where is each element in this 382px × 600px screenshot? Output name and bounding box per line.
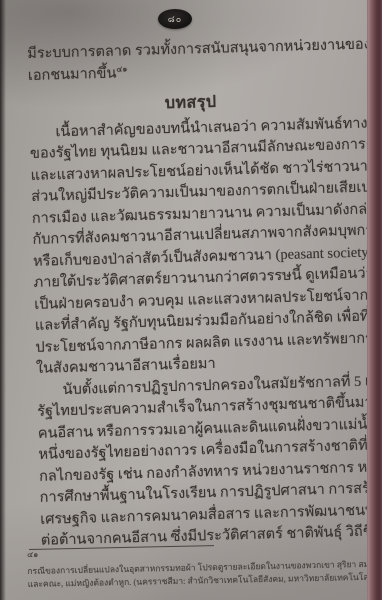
scanned-book-page-photo: ๘๐ มีระบบการตลาด รวมทั้งการสนับสนุนจากหน… [0, 0, 382, 600]
book-spine-edge [367, 0, 382, 600]
footnote-reference: ๔๑ [116, 64, 127, 73]
paragraph-1: เนื้อหาสำคัญของบทนี้นำเสนอว่า ความสัมพัน… [29, 113, 360, 380]
footnote: ๔๑กรณีของการเปลี่ยนแปลงในอุตสาหกรรมทอผ้า… [27, 545, 352, 591]
footnote-block: ๔๑กรณีของการเปลี่ยนแปลงในอุตสาหกรรมทอผ้า… [27, 542, 352, 591]
carryover-paragraph: มีระบบการตลาด รวมทั้งการสนับสนุนจากหน่วย… [27, 35, 352, 87]
page-number-badge: ๘๐ [158, 9, 192, 29]
page-number: ๘๐ [168, 12, 182, 26]
footnote-lines: กรณีของการเปลี่ยนแปลงในอุตสาหกรรมทอผ้า โ… [27, 557, 382, 591]
footnote-marker: ๔๑ [27, 550, 38, 559]
page-left-shadow [0, 0, 6, 600]
page-text: มีระบบการตลาด รวมทั้งการสนับสนุนจากหน่วย… [27, 35, 365, 552]
paragraph-2: นับตั้งแต่การปฏิรูปการปกครองในสมัยรัชกาล… [36, 371, 365, 552]
